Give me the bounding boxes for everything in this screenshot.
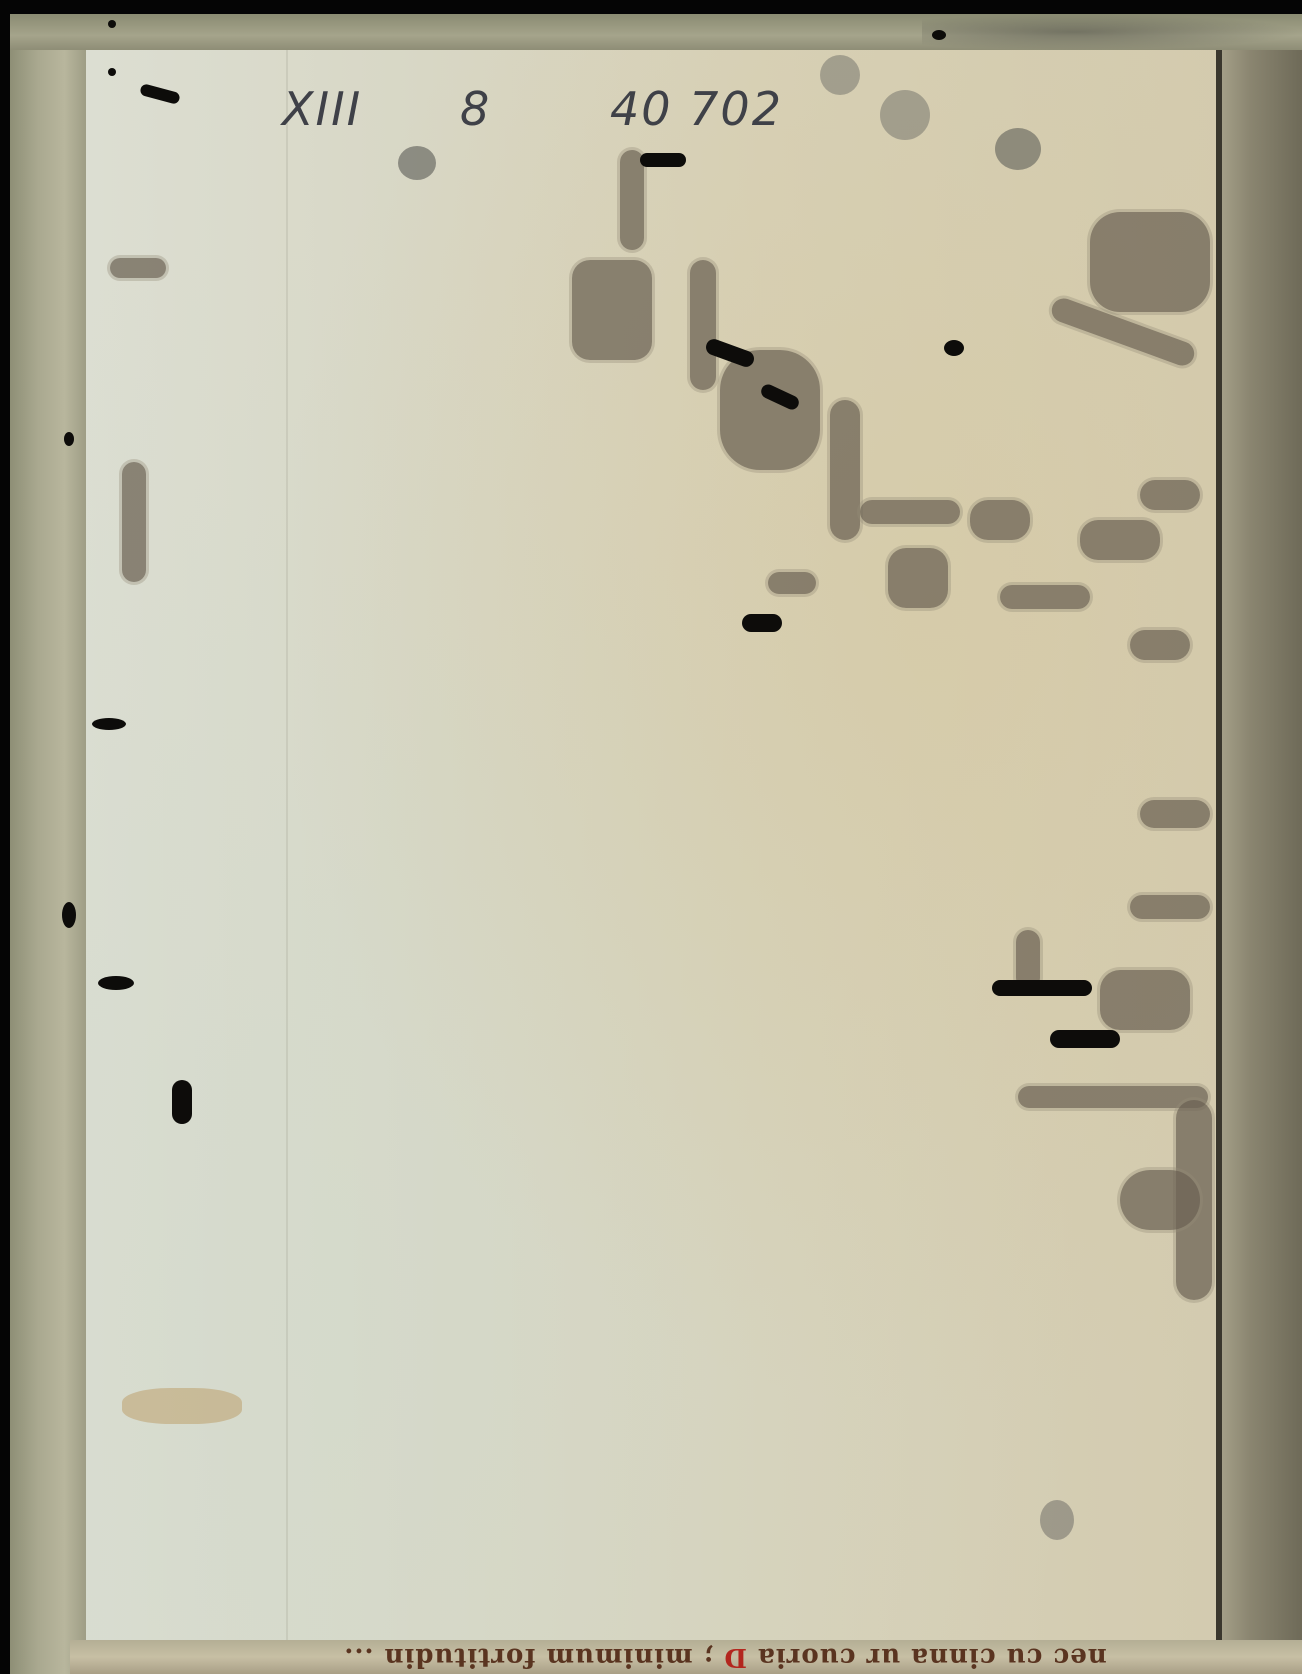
worm-trail (1000, 585, 1090, 609)
worm-trail (1120, 1170, 1200, 1230)
worm-trail (620, 150, 644, 250)
wormhole (944, 340, 964, 356)
worm-trail (1140, 480, 1200, 510)
shelfmark-part-3: 40 702 (610, 82, 783, 136)
binding-fragment-strip: nec cu cinna ur cuoria D ; minimum forti… (70, 1640, 1302, 1674)
foxing-stain (880, 90, 930, 140)
vellum-turn-in-top (10, 14, 1302, 50)
foxing-stain (995, 128, 1041, 170)
wormhole (1050, 1030, 1120, 1048)
worm-trail (1080, 520, 1160, 560)
foxing-stain (398, 146, 436, 180)
wormhole (98, 976, 134, 990)
worm-trail (1100, 970, 1190, 1030)
wormhole (992, 980, 1092, 996)
binding-fragment-text: nec cu cinna ur cuoria D ; minimum forti… (160, 1642, 1290, 1672)
fragment-text-after: ; minimum fortitudin ... (343, 1642, 713, 1672)
wormhole (108, 68, 116, 76)
wormhole (172, 1080, 192, 1124)
worm-trail (1130, 895, 1210, 919)
worm-trail (1130, 630, 1190, 660)
rubric-initial: D (723, 1642, 747, 1672)
water-stain (122, 1388, 242, 1424)
worm-trail (860, 500, 960, 524)
foxing-stain (1040, 1500, 1074, 1540)
wormhole (64, 432, 74, 446)
worm-trail (1018, 1086, 1208, 1108)
wormhole (932, 30, 946, 40)
worm-trail (970, 500, 1030, 540)
worm-trail (888, 548, 948, 608)
wormhole (640, 153, 686, 167)
shelfmark-part-2: 8 (460, 82, 491, 136)
worm-trail (110, 258, 166, 278)
worm-trail (720, 350, 820, 470)
worm-trail (830, 400, 860, 540)
vellum-turn-in-left (10, 14, 88, 1674)
worm-trail (122, 462, 146, 582)
worm-trail (1090, 212, 1210, 312)
wormhole (108, 20, 116, 28)
wormhole (742, 614, 782, 632)
wormhole (92, 718, 126, 730)
worm-trail (1140, 800, 1210, 828)
shelfmark-part-1: XIII (282, 82, 362, 136)
wormhole (62, 902, 76, 928)
worm-trail (690, 260, 716, 390)
fragment-text-before: nec cu cinna ur cuoria (757, 1642, 1107, 1672)
worm-trail (572, 260, 652, 360)
spine-edge (1216, 50, 1302, 1642)
worm-trail (768, 572, 816, 594)
foxing-stain (820, 55, 860, 95)
paper-fold-line (286, 50, 288, 1642)
